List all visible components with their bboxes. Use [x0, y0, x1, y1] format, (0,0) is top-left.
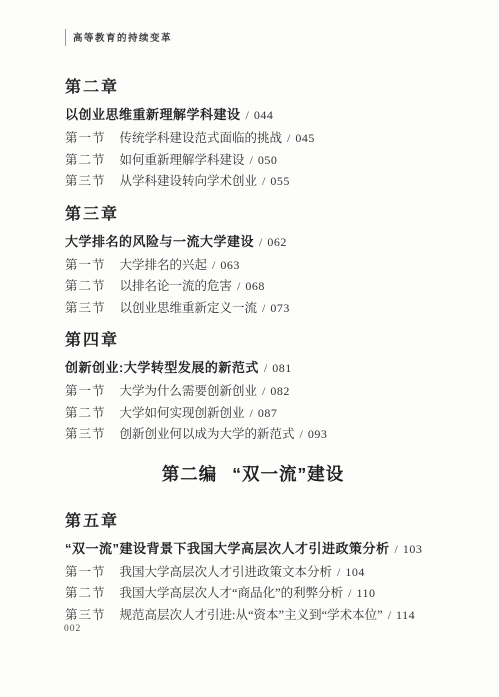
- chapter-title-text: 创新创业:大学转型发展的新范式: [65, 360, 259, 375]
- chapter-title-line: 以创业思维重新理解学科建设/044: [65, 104, 441, 126]
- chapter-sections: 第一节传统学科建设范式面临的挑战/045 第二节如何重新理解学科建设/050 第…: [65, 128, 441, 193]
- section-label: 第二节: [65, 153, 106, 167]
- section-label: 第一节: [65, 384, 106, 398]
- toc-section-line: 第二节以排名论一流的危害/068: [65, 276, 441, 298]
- running-head: 高等教育的持续变革: [65, 28, 441, 46]
- section-title-text: 创新创业何以成为大学的新范式: [120, 427, 295, 441]
- section-title-text: 大学排名的兴起: [120, 258, 208, 272]
- page-separator: /: [250, 153, 253, 167]
- toc-section-line: 第一节大学为什么需要创新创业/082: [65, 381, 441, 403]
- toc-section-line: 第三节从学科建设转向学术创业/055: [65, 171, 441, 193]
- toc-section-line: 第一节我国大学高层次人才引进政策文本分析/104: [65, 562, 441, 584]
- toc-section-line: 第三节以创业思维重新定义一流/073: [65, 298, 441, 320]
- chapter-page-number: 062: [267, 235, 287, 249]
- section-label: 第一节: [65, 565, 106, 579]
- chapter-title-line: 创新创业:大学转型发展的新范式/081: [65, 357, 441, 379]
- section-title-text: 我国大学高层次人才引进政策文本分析: [120, 565, 333, 579]
- page-separator: /: [262, 384, 265, 398]
- section-title-text: 我国大学高层次人才“商品化”的利弊分析: [120, 586, 344, 600]
- toc-chapter-block: 第四章 创新创业:大学转型发展的新范式/081 第一节大学为什么需要创新创业/0…: [65, 332, 441, 446]
- section-label: 第三节: [65, 174, 106, 188]
- page-separator: /: [287, 131, 290, 145]
- section-page-number: 068: [245, 279, 265, 293]
- toc-section-line: 第一节大学排名的兴起/063: [65, 255, 441, 277]
- chapter-page-number: 103: [403, 542, 423, 556]
- section-label: 第一节: [65, 131, 106, 145]
- section-label: 第三节: [65, 427, 106, 441]
- section-label: 第三节: [65, 301, 106, 315]
- chapter-page-number: 044: [254, 108, 274, 122]
- section-page-number: 045: [295, 131, 315, 145]
- part-title-text: “双一流”建设: [232, 464, 344, 484]
- toc-section-line: 第二节如何重新理解学科建设/050: [65, 150, 441, 172]
- page-separator: /: [246, 108, 249, 122]
- section-title-text: 大学如何实现创新创业: [120, 406, 245, 420]
- section-title-text: 以排名论一流的危害: [120, 279, 233, 293]
- page-separator: /: [395, 542, 398, 556]
- section-title-text: 规范高层次人才引进:从“资本”主义到“学术本位”: [120, 608, 383, 622]
- section-label: 第二节: [65, 586, 106, 600]
- section-page-number: 063: [220, 258, 240, 272]
- chapter-title-line: “双一流”建设背景下我国大学高层次人才引进政策分析/103: [65, 538, 441, 560]
- section-page-number: 110: [356, 586, 375, 600]
- toc-chapter-block: 第五章 “双一流”建设背景下我国大学高层次人才引进政策分析/103 第一节我国大…: [65, 513, 441, 627]
- chapter-page-number: 081: [272, 361, 292, 375]
- page-separator: /: [212, 258, 215, 272]
- section-title-text: 如何重新理解学科建设: [120, 153, 245, 167]
- section-page-number: 055: [270, 174, 290, 188]
- part-label: 第二编: [162, 464, 218, 484]
- chapter-sections: 第一节大学排名的兴起/063 第二节以排名论一流的危害/068 第三节以创业思维…: [65, 255, 441, 320]
- chapter-title-text: “双一流”建设背景下我国大学高层次人才引进政策分析: [65, 541, 390, 556]
- footer-page-number: 002: [64, 624, 81, 634]
- section-page-number: 087: [258, 406, 278, 420]
- toc-section-line: 第三节规范高层次人才引进:从“资本”主义到“学术本位”/114: [65, 605, 441, 627]
- chapter-title-text: 以创业思维重新理解学科建设: [65, 107, 241, 122]
- chapter-sections: 第一节大学为什么需要创新创业/082 第二节大学如何实现创新创业/087 第三节…: [65, 381, 441, 446]
- running-head-rule: [65, 29, 66, 46]
- section-label: 第三节: [65, 608, 106, 622]
- page-separator: /: [250, 406, 253, 420]
- toc-chapter-block: 第二章 以创业思维重新理解学科建设/044 第一节传统学科建设范式面临的挑战/0…: [65, 79, 441, 193]
- section-label: 第一节: [65, 258, 106, 272]
- page-separator: /: [388, 608, 391, 622]
- chapter-sections: 第一节我国大学高层次人才引进政策文本分析/104 第二节我国大学高层次人才“商品…: [65, 562, 441, 627]
- table-of-contents: 第二章 以创业思维重新理解学科建设/044 第一节传统学科建设范式面临的挑战/0…: [65, 79, 441, 626]
- section-page-number: 050: [258, 153, 278, 167]
- toc-section-line: 第一节传统学科建设范式面临的挑战/045: [65, 128, 441, 150]
- section-page-number: 082: [270, 384, 290, 398]
- chapter-number: 第四章: [65, 332, 441, 349]
- section-page-number: 114: [396, 608, 415, 622]
- section-page-number: 093: [308, 427, 328, 441]
- chapter-number: 第二章: [65, 79, 441, 96]
- toc-section-line: 第三节创新创业何以成为大学的新范式/093: [65, 424, 441, 446]
- section-title-text: 从学科建设转向学术创业: [120, 174, 258, 188]
- page-separator: /: [237, 279, 240, 293]
- toc-section-line: 第二节大学如何实现创新创业/087: [65, 403, 441, 425]
- section-title-text: 以创业思维重新定义一流: [120, 301, 258, 315]
- page-separator: /: [337, 565, 340, 579]
- section-label: 第二节: [65, 279, 106, 293]
- part-heading: 第二编“双一流”建设: [65, 462, 441, 486]
- page-separator: /: [262, 174, 265, 188]
- page-separator: /: [262, 301, 265, 315]
- page-separator: /: [300, 427, 303, 441]
- chapter-title-line: 大学排名的风险与一流大学建设/062: [65, 231, 441, 253]
- section-page-number: 104: [345, 565, 365, 579]
- page-separator: /: [348, 586, 351, 600]
- chapter-title-text: 大学排名的风险与一流大学建设: [65, 234, 254, 249]
- toc-section-line: 第二节我国大学高层次人才“商品化”的利弊分析/110: [65, 583, 441, 605]
- chapter-number: 第三章: [65, 206, 441, 223]
- toc-chapter-block: 第三章 大学排名的风险与一流大学建设/062 第一节大学排名的兴起/063 第二…: [65, 206, 441, 320]
- chapter-number: 第五章: [65, 513, 441, 530]
- book-page: 高等教育的持续变革 第二章 以创业思维重新理解学科建设/044 第一节传统学科建…: [0, 0, 499, 697]
- section-title-text: 传统学科建设范式面临的挑战: [120, 131, 283, 145]
- running-head-title: 高等教育的持续变革: [73, 30, 172, 44]
- section-page-number: 073: [270, 301, 290, 315]
- section-label: 第二节: [65, 406, 106, 420]
- page-separator: /: [259, 235, 262, 249]
- page-separator: /: [264, 361, 267, 375]
- section-title-text: 大学为什么需要创新创业: [120, 384, 258, 398]
